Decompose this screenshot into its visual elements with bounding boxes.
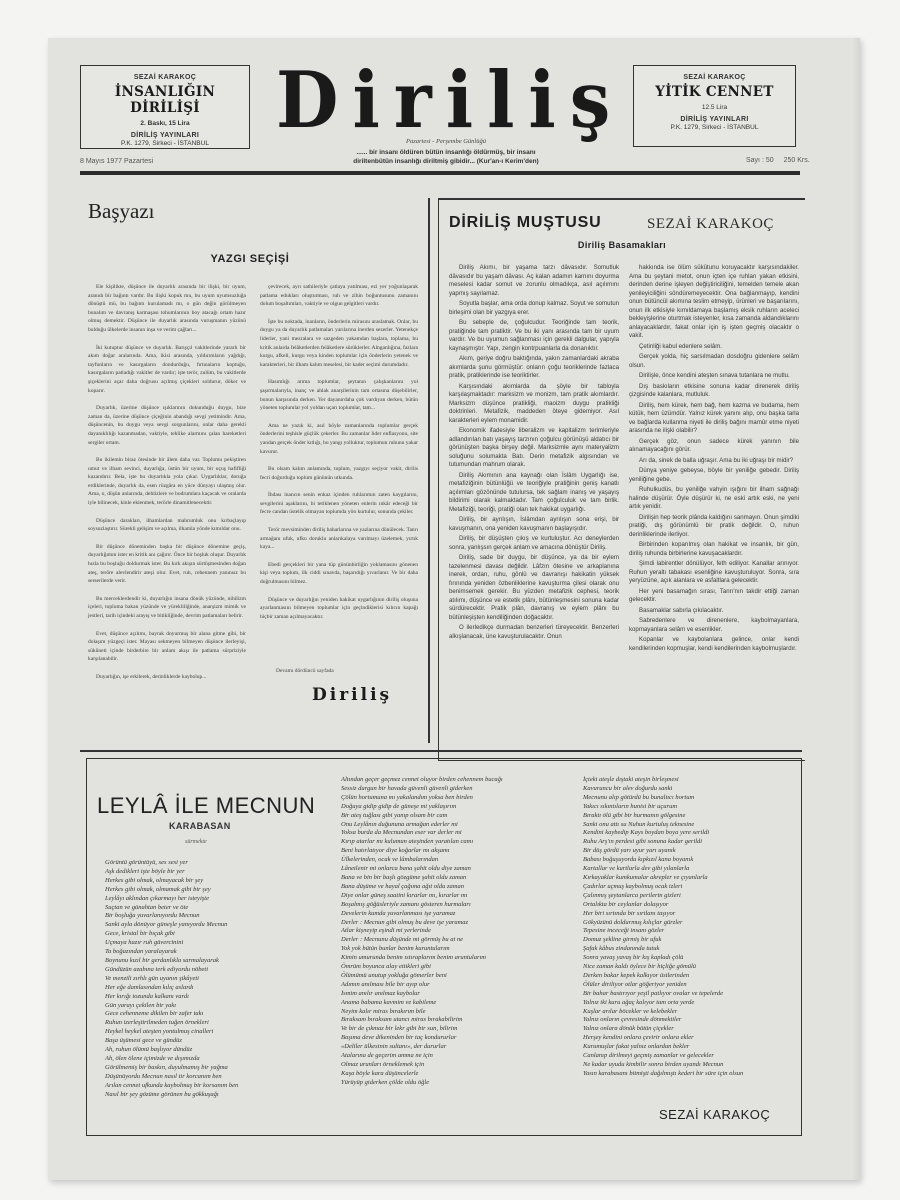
- paragraph: Soyutla başlar, ama orda donup kalmaz. S…: [449, 300, 619, 317]
- paragraph: Her yeni basamağın sırası, Tanrı'nın tak…: [629, 588, 799, 605]
- poem-line: Çadırlar uçmuş kaybolmuş ocak izleri: [583, 883, 743, 892]
- poem-line: Babası boğuşuyordu kıpkızıl kana boyanık: [583, 856, 743, 865]
- paragraph: Sabredenlere ve direnenlere, kaybolmayan…: [629, 617, 799, 634]
- poem-line: Kendini kaybedip Kays boydan boya yere s…: [583, 829, 743, 838]
- poem-line: Herşey kendini onlara çevirir onlara ekl…: [583, 1034, 743, 1043]
- poem-line: Anama babama kavmim ve kabileme: [341, 999, 503, 1008]
- poem-line: Bir ateş tuğlası gibi yanıp olsam bir ca…: [341, 812, 503, 821]
- poem-line: Kartallar ve kurtlarla dev gibi yılanlar…: [583, 865, 743, 874]
- poem-line: Çölün hortumuna mı yakalandım yoksa ben …: [341, 794, 503, 803]
- poem-line: Kavuruncu bir alev doğurdu sanki: [583, 785, 743, 794]
- poem-line: Diye onlar güneş saatini kırarlar mı, kı…: [341, 892, 503, 901]
- masthead-logo: Diriliş: [276, 63, 616, 136]
- poem-line: Arılan cennet ufkunda kaybolmuş bir kors…: [105, 1082, 238, 1091]
- mustusu-column-1: Diriliş Akımı, bir yaşama tarzı dâvasıdı…: [449, 264, 619, 655]
- paragraph: Bu ikilemin biraz ötesinde bir âlem daha…: [88, 456, 246, 508]
- paragraph: O ilerledikçe durmadan benzerleri türeye…: [449, 624, 619, 641]
- paragraph: Dirilişle, önce kendini ateşten sınava t…: [629, 372, 799, 381]
- poem-line: Yakıcı sıkıntıların hunisi bir uçurum: [583, 803, 743, 812]
- poem-line: İçteki ateşle dıştaki ateşin birleşmesi: [583, 776, 743, 785]
- poem-line: Tepesine inceceği insanı gözler: [583, 927, 743, 936]
- poem-line: Kimin umurunda benim ıstıraplarım benim …: [341, 954, 503, 963]
- paragraph: İşte bu noktada, inanların, önderlerin m…: [260, 318, 418, 370]
- mustusu-subtitle: Diriliş Basamakları: [439, 240, 805, 250]
- editorial-sign-logo: Diriliş: [312, 685, 392, 705]
- paragraph: Dünya yeniye gebeyse, böyle bir yeniliğe…: [629, 467, 799, 484]
- poem-line: Bana ve bin bir başlı gözgüme şahit oldu…: [341, 874, 503, 883]
- poem-line: Derken bakar kepek kalkıyor üstlerinden: [583, 972, 743, 981]
- poem-line: Ömrüm boyunca alay ettikleri gibi: [341, 963, 503, 972]
- paragraph: Bu olsam kalım anlamında, toplum, yazgıy…: [260, 465, 418, 482]
- poem-line: Atlar kişneyip eşindi mi yerlerinde: [341, 927, 503, 936]
- poem-line: Ülkelerinden, ocak ve lâmbalarından: [341, 856, 503, 865]
- paragraph: hakkında ise ölüm sükûtunu koruyacaktır …: [629, 264, 799, 341]
- poem-line: Ah, ölen ölene içimizde ve dışımızda: [105, 1055, 238, 1064]
- paragraph: Dış baskıların etkisine sonuna kadar dir…: [629, 383, 799, 400]
- poem-line: Altından geçer geçmez cennet oluyor bird…: [341, 776, 503, 785]
- poem-line: Canlanıp dirilmeyi geçmiş zamanlar ve ge…: [583, 1052, 743, 1061]
- poem-line: Nice zaman kaldı öylece bir hiçliğe gömü…: [583, 963, 743, 972]
- poem-column-3: İçteki ateşle dıştaki ateşin birleşmesiK…: [583, 776, 743, 1079]
- paragraph: Diriliş, hem kürek, hem bağ, hem kazma v…: [629, 402, 799, 436]
- poem-note: sürmekte: [185, 839, 207, 845]
- poem-line: Kırkayaklar kumkumalar akrepler ve çıyan…: [583, 874, 743, 883]
- ad-address: P.K. 1279, Sirkeci - İSTANBUL: [81, 140, 249, 147]
- poem-line: Ne kadar uyudu kimbilir sonra birden uya…: [583, 1061, 743, 1070]
- poem-line: Yasın karabasanı bitmişti dağılmıştı ked…: [583, 1070, 743, 1079]
- paragraph: Çetinliği kabul edenlere selâm.: [629, 343, 799, 352]
- paragraph: Diriliş Akımı, bir yaşama tarzı dâvasıdı…: [449, 264, 619, 298]
- poem-line: Bıraktı ölü gibi bir hurmanın gölgesine: [583, 812, 743, 821]
- paragraph: İhdası inancın senin enkaz içinden ruhla…: [260, 491, 418, 517]
- poem-line: Bıraksam bıraksam utancı miras bırakabil…: [341, 1016, 503, 1025]
- poem-line: Görülmemiş bir baskın, duyulmamış bir ya…: [105, 1064, 238, 1073]
- paragraph: çevirecek, ayrı sathileriyle çatlaya yat…: [260, 283, 418, 309]
- poem-line: Görüntü görüntüyü, ses sesi yer: [105, 859, 238, 868]
- paragraph: Dirilişin hep teorik plânda kaldığını sa…: [629, 514, 799, 540]
- poem-line: Başıma deve dikeninden bir taç kondururl…: [341, 1034, 503, 1043]
- poem-line: Develerin kumda yuvarlanması işe yaramaz: [341, 910, 503, 919]
- editorial-section: Başyazı YAZGI SEÇİŞİ Ele kişilikte, düşü…: [80, 183, 420, 723]
- mustusu-columns: Diriliş Akımı, bir yaşama tarzı dâvasıdı…: [449, 264, 799, 655]
- quote-line-2: diriltenbütün insanlığı diriltmiş gibidi…: [276, 157, 616, 166]
- dirilis-mustusu-section: DİRİLİŞ MUŞTUSU SEZAİ KARAKOÇ Diriliş Ba…: [438, 198, 805, 761]
- poem-line: Boşalmış göğüsleriyle zamanı gösteren hu…: [341, 901, 503, 910]
- poem-line: Kaşa böyle kara düşüncelerle: [341, 1070, 503, 1079]
- poem-line: Derler : Mecnunu düşünde mi görmüş bu at…: [341, 936, 503, 945]
- paragraph: Duyarlığın, işe erkilerek, derinliklerde…: [88, 673, 246, 682]
- masthead: Diriliş Pazartesi - Perşembe Günlüğü ...…: [276, 66, 616, 150]
- poem-line: Ruhun izerleştirilmeden tuğen örnekleri: [105, 1019, 238, 1028]
- paragraph: Bu merceklerdendir ki, duyarlığın insana…: [88, 595, 246, 621]
- poem-line: Neyim kalır miras bırakırım bile: [341, 1008, 503, 1017]
- paragraph: Duyarlık, üzerine düşünce ışıklarının do…: [88, 404, 246, 447]
- poem-line: Yalnız onlara dönük bütün çiçekler: [583, 1025, 743, 1034]
- poem-line: Bir düş gördü yarı uyur yarı uyanık: [583, 847, 743, 856]
- poem-subtitle: KARABASAN: [169, 821, 231, 831]
- poem-line: Şafak kâbus zindanında tutuk: [583, 945, 743, 954]
- paragraph: Gerçek göz, onun sadece kürek yanının bi…: [629, 438, 799, 455]
- poem-line: Sonra yavaş yavaş bir kış kapladı çölü: [583, 954, 743, 963]
- poem-line: Başa üşümesi gece ve gündüz: [105, 1037, 238, 1046]
- ad-price: 2. Baskı, 15 Lira: [81, 120, 249, 127]
- paragraph: Diriliş Akımının ana kaynağı olan İslâm …: [449, 472, 619, 515]
- ad-author: SEZAİ KARAKOÇ: [81, 74, 249, 81]
- poem-line: Nasıl bir şey gözüme görünen bu gökkuşağ…: [105, 1091, 238, 1100]
- poem-line: Uçmaya hazır ruh güvercinini: [105, 939, 238, 948]
- paragraph: Akım, geriye doğru baktığında, yakın zam…: [449, 355, 619, 381]
- paragraph: Diriliş, bir ayrılışın, İslâmdan ayrılış…: [449, 516, 619, 533]
- paragraph: Hasımlığı arıma toplumlar, şeytanın çalı…: [260, 378, 418, 412]
- poem-line: Derler : Mecnun gibi olmuş bu deve işe y…: [341, 919, 503, 928]
- poem-line: Ortalıkta bir ceylanlar dolaşıyor: [583, 901, 743, 910]
- poem-line: Gün yarayı çekilen bir yakı: [105, 1002, 238, 1011]
- paragraph: Ruhulkudüs, bu yeniliğe vahyin ışığını b…: [629, 486, 799, 512]
- poem-line: Yok yok bütün bunlar benim kuruntularım: [341, 945, 503, 954]
- poem-column-2: Altından geçer geçmez cennet oluyor bird…: [341, 776, 503, 1088]
- paragraph: Terör mevsiminden diriliş baharlarına ve…: [260, 526, 418, 552]
- editorial-column-2: çevirecek, ayrı sathileriyle çatlaya yat…: [260, 283, 418, 691]
- poem-line: Yalnız onların çevresinde dönmektiler: [583, 1016, 743, 1025]
- poem-line: Gündüzün azabına terk ediyordu nöbeti: [105, 966, 238, 975]
- poem-line: Mecnunu alıp götürdü bu bunaltıcı hortum: [583, 794, 743, 803]
- editorial-columns: Ele kişilikte, düşünce ile duyarlık aras…: [88, 283, 418, 691]
- book-ad-insanligin-dirilisi: SEZAİ KARAKOÇ İNSANLIĞIN DİRİLİŞİ 2. Bas…: [80, 65, 250, 149]
- poem-line: Lânetlenir mi onlarca bana şahit oldu di…: [341, 865, 503, 874]
- poem-line: Doğuya gidip gidip de güneşe mi yaklaşır…: [341, 803, 503, 812]
- mustusu-title: DİRİLİŞ MUŞTUSU: [449, 214, 601, 232]
- poem-line: Her eğe damlasından kılıç aslardı: [105, 984, 238, 993]
- paragraph: Karşısındaki akımlarda da şöyle bir tabl…: [449, 383, 619, 426]
- poem-line: Yürüyüp giderken çölde oldu öğle: [341, 1079, 503, 1088]
- poem-line: Her kırığı tozunda kalkanı vardı: [105, 993, 238, 1002]
- poem-line: Suçtan ve günahtan beter ve öte: [105, 904, 238, 913]
- poem-line: Kırıp atarlar mı kulumun ateşinden yarat…: [341, 838, 503, 847]
- issue-price: 250 Krs.: [784, 157, 810, 164]
- mustusu-author: SEZAİ KARAKOÇ: [647, 216, 774, 233]
- issue-info: Sayı : 50250 Krs.: [736, 157, 810, 164]
- paragraph: Arı da, sinek de balla uğraşır. Ama bu i…: [629, 457, 799, 466]
- poem-line: Onu Leylânın duğununa armağan ederler mi: [341, 821, 503, 830]
- mustusu-column-2: hakkında ise ölüm sükûtunu koruyacaktır …: [629, 264, 799, 655]
- poem-line: Çalınmış şeytanlarca perilerin gizleri: [583, 892, 743, 901]
- poem-line: Kurumuşlar fakat yalnız onlardan bekler: [583, 1043, 743, 1052]
- paragraph: Ekonomik ifadesiyle liberalizm ve kapita…: [449, 427, 619, 470]
- poem-line: Leylâyı aklından çıkarmayı her isteyişte: [105, 895, 238, 904]
- ad-publisher: DİRİLİŞ YAYINLARI: [81, 132, 249, 139]
- poem-line: Gece cehenneme dikilen bir zafer takı: [105, 1010, 238, 1019]
- paragraph: Gerçek yolda, hiç sarsılmadan dosdoğru g…: [629, 353, 799, 370]
- poem-line: Ve menzili zırhlı gün uyanın şikâyeti: [105, 975, 238, 984]
- poem-line: Adımın anılması bile bir ayıp olur: [341, 981, 503, 990]
- poem-line: Aşk dedikleri işte böyle bir yer: [105, 868, 238, 877]
- issue-number: Sayı : 50: [746, 157, 774, 164]
- poem-section: LEYLÂ İLE MECNUN KARABASAN sürmekte Görü…: [86, 758, 802, 1136]
- poem-line: Yoksa burda da Mecnundan eser var derler…: [341, 829, 503, 838]
- poem-line: Her biri sırtında bir sırtlanı taşıyor: [583, 910, 743, 919]
- column-divider: [428, 198, 430, 743]
- poem-line: Gece, kristal bir bıçak gibi: [105, 930, 238, 939]
- poem-line: Ruhu Arş'ın perdesi gibi sonuna kadar ge…: [583, 838, 743, 847]
- paragraph: Bu sebeple de, çoğulcudur. Teoriğinde ta…: [449, 319, 619, 353]
- quote-line-1: ...... bir insanı öldüren bütün insanlığ…: [276, 148, 616, 157]
- poem-line: Ah, ruhun ölümü başlıyor dündüz: [105, 1046, 238, 1055]
- poem-line: Atalarına de geçerim amma ne için: [341, 1052, 503, 1061]
- poem-line: Bana düşüme ve hayal çağıma ağıt oldu za…: [341, 883, 503, 892]
- paragraph: Düşünce ve duyarlığın yeniden hakikat uy…: [260, 596, 418, 622]
- paragraph: Düşünce darakları, ilhamlardan mahrumluk…: [88, 517, 246, 534]
- paragraph: Diriliş, sade bir duygu, bir düşünce, ya…: [449, 554, 619, 622]
- poem-line: Ve bir de çıkmaz bir lekr gibi bir sun, …: [341, 1025, 503, 1034]
- ad-price: 12.5 Lira: [634, 104, 795, 111]
- paragraph: Evet, düşünce açılımı, bayrak doyurmuş b…: [88, 630, 246, 664]
- poem-signature: SEZAİ KARAKOÇ: [659, 1107, 770, 1122]
- section-label: Başyazı: [88, 199, 154, 224]
- ad-book-title: İNSANLIĞIN DİRİLİŞİ: [81, 84, 249, 116]
- ad-address: P.K. 1279, Sirkeci - İSTANBUL: [634, 124, 795, 131]
- book-ad-yitik-cennet: SEZAİ KARAKOÇ YİTİK CENNET 12.5 Lira DİR…: [633, 65, 796, 147]
- paragraph: Kopanlar ve kaybolanlara gelince, onlar …: [629, 636, 799, 653]
- paragraph: Şimdi labirentler dönülüyor, feth ediliy…: [629, 560, 799, 586]
- poem-line: Düşünüyordu Mecnun nasıl tir korcanım be…: [105, 1073, 238, 1082]
- paragraph: İki kutuptur düşünce ve duyarlık. Barışç…: [88, 344, 246, 396]
- section-rule: [80, 750, 802, 752]
- poem-line: «Deliler ülkesinin sultanı», der dururla…: [341, 1043, 503, 1052]
- poem-line: Ölüler diriliyor otlar göğeriyor yeniden: [583, 981, 743, 990]
- poem-line: Herkes gibi olmak, olmamak gibi bir şey: [105, 886, 238, 895]
- poem-line: Ölümümü unutup yokluğa gömerler beni: [341, 972, 503, 981]
- issue-date: 8 Mayıs 1977 Pazartesi: [80, 158, 153, 165]
- poem-line: Ta boğazından yaralayarak: [105, 948, 238, 957]
- masthead-quote: ...... bir insanı öldüren bütün insanlığ…: [276, 148, 616, 166]
- paragraph: Ebedi gerçekleri bir yana tüp gününbirli…: [260, 561, 418, 587]
- poem-line: Gökyüzünü doldurmuş kılıçlar gürzler: [583, 919, 743, 928]
- ad-author: SEZAİ KARAKOÇ: [634, 74, 795, 81]
- poem-line: Sessiz durgun bir havada güvenli güvenli…: [341, 785, 503, 794]
- poem-line: Yalnız iki kuru ağaç kalıyor tam orta ye…: [583, 999, 743, 1008]
- paragraph: Bir düşünce döneminden başka bir düşünce…: [88, 543, 246, 586]
- poem-line: Herkes gibi olmak, olmayacak bir şey: [105, 877, 238, 886]
- paragraph: Ama ne yazık ki, asıl böyle zamanlarında…: [260, 422, 418, 456]
- paragraph: Birbirinden koparılmış olan hakikat ve i…: [629, 541, 799, 558]
- ad-book-title: YİTİK CENNET: [634, 84, 795, 100]
- poem-line: Bir bahar bastırıyor yeşil patlıyor oval…: [583, 990, 743, 999]
- header-rule: [80, 171, 800, 175]
- poem-line: Heykel heykel ateşten yontulmuş cinaller…: [105, 1028, 238, 1037]
- editorial-column-1: Ele kişilikte, düşünce ile duyarlık aras…: [88, 283, 246, 691]
- poem-line: İsmim anılır anılmaz kaybolur: [341, 990, 503, 999]
- paragraph: Diriliş, bir düşüşten çıkış ve kurtuluşt…: [449, 535, 619, 552]
- editorial-title: YAZGI SEÇİŞİ: [80, 253, 420, 265]
- paragraph: Ele kişilikte, düşünce ile duyarlık aras…: [88, 283, 246, 335]
- poem-column-1: Görüntü görüntüyü, ses sesi yerAşk dedik…: [105, 859, 238, 1099]
- poem-line: Beni hatırlatıyor diye koğarlar mı akşam…: [341, 847, 503, 856]
- paragraph: Basamaklar sabırla çıkılacaktır.: [629, 607, 799, 616]
- poem-line: Olmaz urunları örneklemek için: [341, 1061, 503, 1070]
- poem-line: Bir boşluğa yuvarlanıyordu Mecnun: [105, 912, 238, 921]
- poem-line: Sanki onu attı su Nuhun kurtuluş teknesi…: [583, 821, 743, 830]
- newspaper-page: SEZAİ KARAKOÇ İNSANLIĞIN DİRİLİŞİ 2. Bas…: [48, 38, 860, 1180]
- poem-line: Kuşlar arılar böcekler ve kelebekler: [583, 1008, 743, 1017]
- ad-publisher: DİRİLİŞ YAYINLARI: [634, 116, 795, 123]
- continued-note: Devamı dördüncü sayfada: [276, 668, 334, 674]
- poem-line: Domuz şekline girmiş bir ufuk: [583, 936, 743, 945]
- poem-line: Boynunu kızıl bir gerdanlıkla sarmalayar…: [105, 957, 238, 966]
- poem-line: Sanki ayla dönüyor güneşle yanıyordu Mec…: [105, 921, 238, 930]
- poem-title: LEYLÂ İLE MECNUN: [97, 793, 315, 819]
